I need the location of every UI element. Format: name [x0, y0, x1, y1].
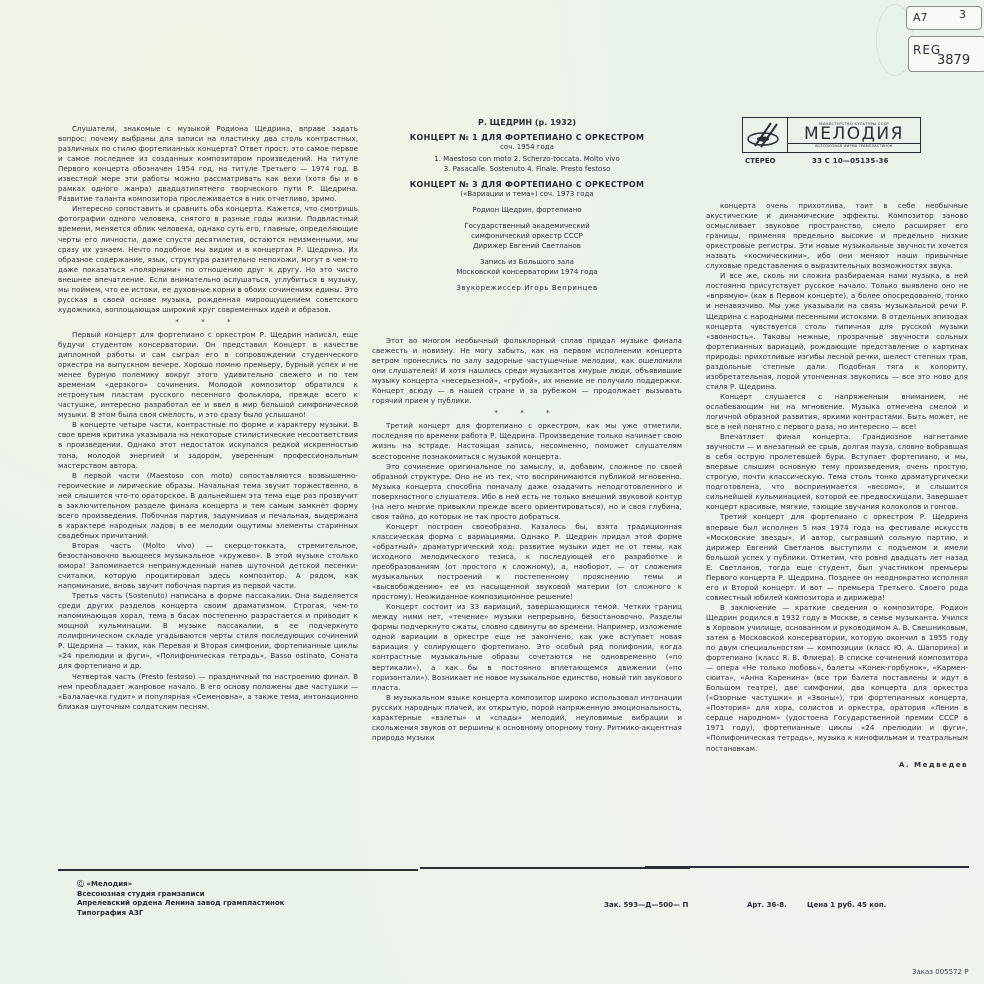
- sticker-number: 3: [959, 8, 966, 21]
- work1-movements-line2: 3. Pasacalle. Sostenuto 4. Finale. Prest…: [372, 164, 682, 174]
- article-number: Арт. 36-8.: [747, 901, 787, 909]
- paragraph: Это сочинение оригинальное по замыслу, и…: [372, 462, 682, 522]
- paragraph: В музыкальном языке концерта композитор …: [372, 693, 682, 743]
- paragraph: В концерте четыре части, контрастные по …: [58, 420, 358, 470]
- reg-number: 3879: [937, 53, 970, 68]
- work3-title: КОНЦЕРТ № 3 ДЛЯ ФОРТЕПИАНО С ОРКЕСТРОМ: [372, 180, 682, 189]
- paragraph: Третья часть (Sostenuto) написана в форм…: [58, 591, 358, 671]
- work3-subtitle: («Вариации и тема») соч. 1973 года: [372, 189, 682, 199]
- brand-name: МЕЛОДИЯ: [804, 126, 904, 143]
- conductor: Дирижер Евгений Светланов: [372, 241, 682, 251]
- paragraph: Вторая часть (Molto vivo) — скерцо-токка…: [58, 541, 358, 591]
- recording-venue-line2: Московской консерватории 1974 года: [372, 267, 682, 277]
- section-separator: * * *: [58, 317, 358, 327]
- print-order-info: Зак. 593—Д—500— П: [604, 901, 688, 909]
- footer-divider: [645, 866, 969, 868]
- section-separator: * * *: [372, 408, 682, 418]
- paragraph: В заключение — краткие сведения о композ…: [706, 603, 968, 754]
- catalog-number: 33 С 10—05135-36: [812, 157, 889, 165]
- liner-notes-column-right: концерта очень прихотлива, таит в себе н…: [706, 201, 968, 770]
- recording-venue-line1: Запись из Большого зала: [372, 257, 682, 267]
- footer-divider: [58, 869, 418, 871]
- paragraph: В первой части (Maestoso con moto) сопос…: [58, 471, 358, 541]
- work1-movements-line1: 1. Maestoso con moto 2. Scherzo-toccata.…: [372, 154, 682, 164]
- publisher-imprint: Ⓒ «Мелодия» Всесоюзная студия грамзаписи…: [77, 880, 284, 918]
- melodiya-logo: МИНИСТЕРСТВО КУЛЬТУРЫ СССР МЕЛОДИЯ ВСЕСО…: [742, 117, 921, 153]
- order-code: Заказ 005572 Р: [912, 968, 968, 976]
- paragraph: Впечатляет финал концерта. Грандиозное н…: [706, 432, 968, 512]
- paragraph: Слушатели, знакомые с музыкой Родиона Ще…: [58, 124, 358, 204]
- registration-sticker: REG 3879: [908, 36, 984, 72]
- paragraph: Первый концерт для фортепиано с оркестро…: [58, 330, 358, 420]
- soloist: Родион Щедрин, фортепиано: [372, 205, 682, 215]
- paragraph: Третий концерт для фортепиано с оркестро…: [372, 421, 682, 461]
- orchestra-line2: симфонический оркестр СССР: [372, 231, 682, 241]
- sound-engineer: Звукорежиссер Игорь Вепринцев: [372, 284, 682, 292]
- work1-title: КОНЦЕРТ № 1 ДЛЯ ФОРТЕПИАНО С ОРКЕСТРОМ: [372, 133, 682, 142]
- imprint-line: Ⓒ «Мелодия»: [77, 880, 284, 890]
- paragraph: Концерт слушается с напряженным внимание…: [706, 392, 968, 432]
- orchestra-line1: Государственный академический: [372, 221, 682, 231]
- format-label: СТЕРЕО: [745, 157, 776, 165]
- author-signature: А. Медведев: [706, 760, 968, 770]
- record-disc-icon: [743, 118, 788, 152]
- liner-notes-column-middle: Этот во многом необычный фольклорный спл…: [372, 336, 682, 743]
- imprint-line: Типография АЗГ: [77, 909, 284, 919]
- paragraph: Интересно сопоставить и сравнить оба кон…: [58, 204, 358, 315]
- inventory-sticker: А7 3: [906, 6, 982, 30]
- work1-year: соч. 1954 года: [372, 142, 682, 152]
- paragraph: Концерт состоит из 33 вариаций, завершаю…: [372, 602, 682, 692]
- paragraph: Этот во многом необычный фольклорный спл…: [372, 336, 682, 406]
- liner-notes-column-left: Слушатели, знакомые с музыкой Родиона Ще…: [58, 124, 358, 712]
- imprint-line: Всесоюзная студия грамзаписи: [77, 890, 284, 900]
- record-credits: Р. ЩЕДРИН (р. 1932) КОНЦЕРТ № 1 ДЛЯ ФОРТ…: [372, 118, 682, 292]
- paragraph: Четвертая часть (Presto festoso) — празд…: [58, 672, 358, 712]
- studio-text: ВСЕСОЮЗНАЯ ФИРМА ГРАМПЛАСТИНОК: [788, 143, 920, 148]
- paragraph: И все же, сколь ни сложна разбираемая на…: [706, 271, 968, 392]
- paragraph: Концерт построен своеобразно. Казалось б…: [372, 522, 682, 602]
- paragraph: концерта очень прихотлива, таит в себе н…: [706, 201, 968, 271]
- imprint-line: Апрелевский ордена Ленина завод грамплас…: [77, 899, 284, 909]
- sticker-shelf-code: А7: [913, 11, 928, 24]
- paragraph: Третий концерт для фортепиано с оркестро…: [706, 512, 968, 602]
- price: Цена 1 руб. 45 коп.: [807, 901, 886, 909]
- composer-heading: Р. ЩЕДРИН (р. 1932): [372, 118, 682, 127]
